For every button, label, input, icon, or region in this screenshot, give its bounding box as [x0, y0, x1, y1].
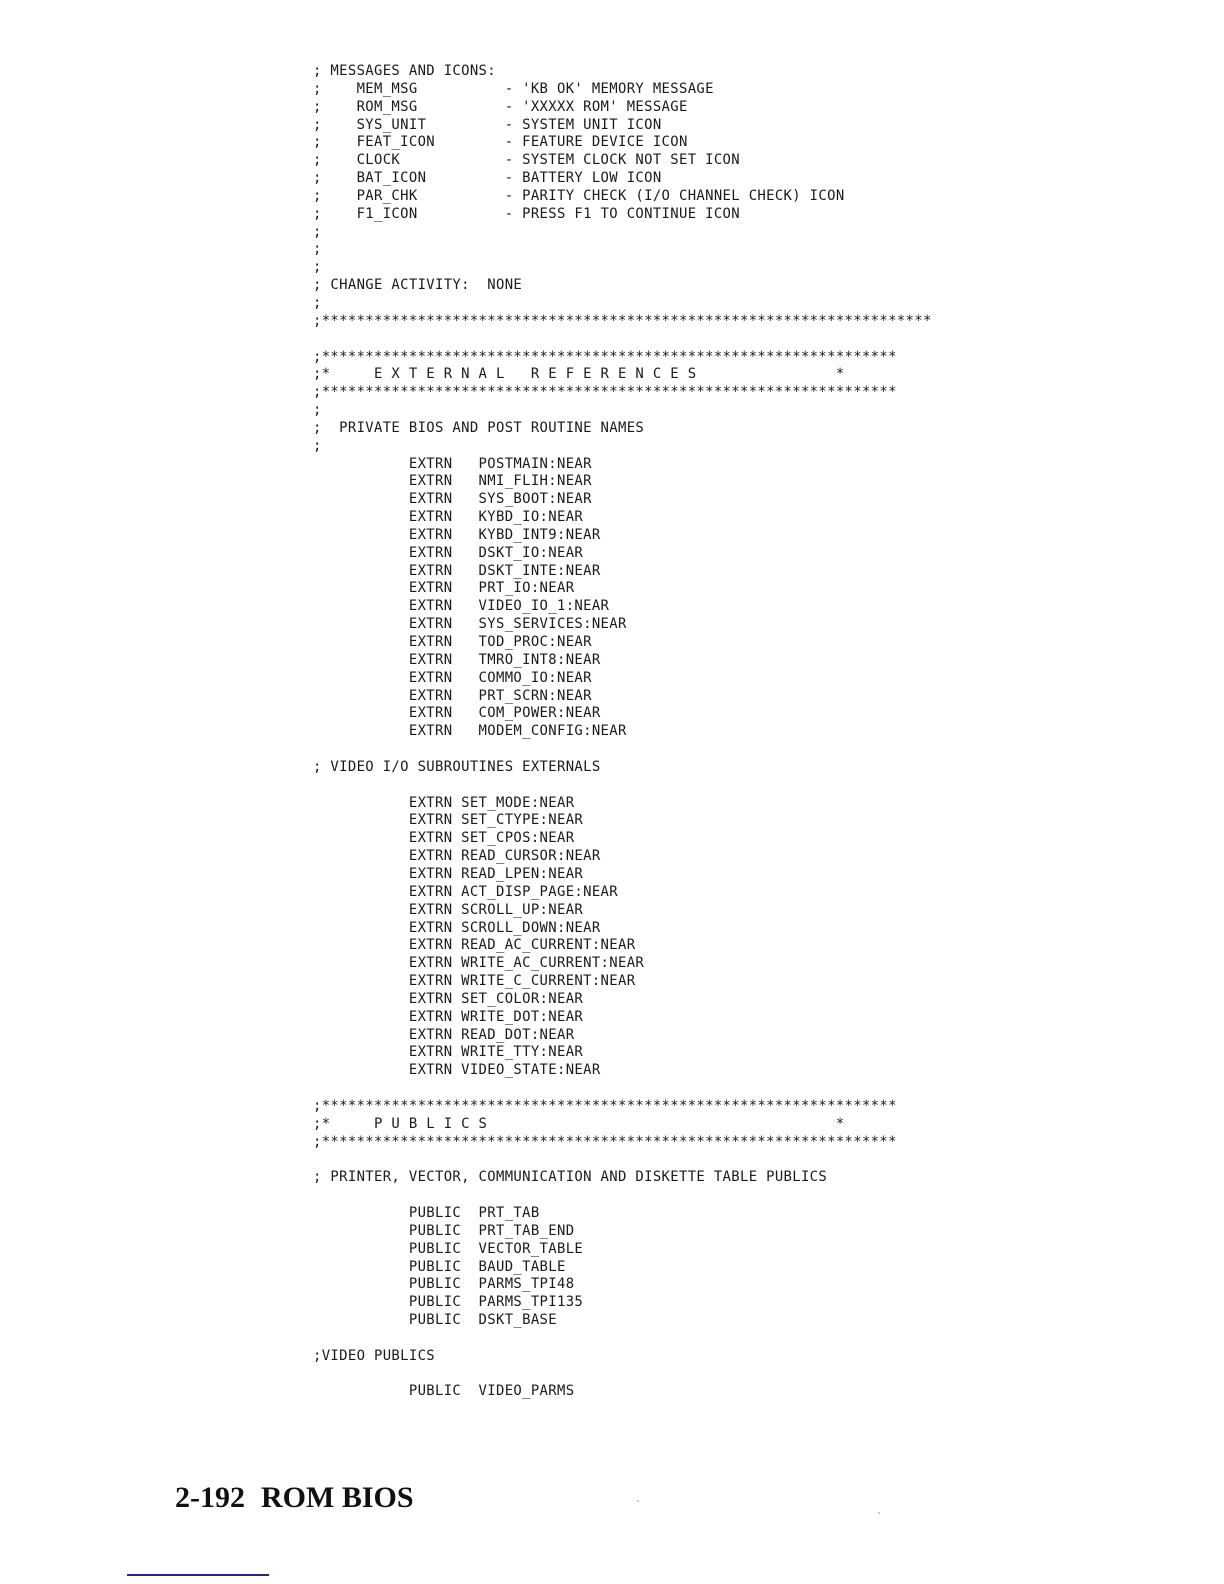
extrn-private-item: EXTRN MODEM_CONFIG:NEAR	[313, 723, 932, 741]
extrn-private-item: EXTRN PRT_SCRN:NEAR	[313, 688, 932, 706]
blank-line	[313, 1366, 932, 1384]
extrn-private-item: EXTRN NMI_FLIH:NEAR	[313, 473, 932, 491]
blank-line	[313, 1187, 932, 1205]
extrn-video-item: EXTRN READ_CURSOR:NEAR	[313, 848, 932, 866]
extrn-private-item: EXTRN DSKT_IO:NEAR	[313, 545, 932, 563]
message-item: ; ROM_MSG - 'XXXXX ROM' MESSAGE	[313, 99, 932, 117]
message-item: ; BAT_ICON - BATTERY LOW ICON	[313, 170, 932, 188]
comment-line: ;	[313, 295, 932, 313]
table-publics-header: ; PRINTER, VECTOR, COMMUNICATION AND DIS…	[313, 1169, 932, 1187]
extrn-private-item: EXTRN TMRO_INT8:NEAR	[313, 652, 932, 670]
scan-speck	[878, 1512, 880, 1514]
extrn-video-item: EXTRN WRITE_C_CURRENT:NEAR	[313, 973, 932, 991]
extrn-private-item: EXTRN VIDEO_IO_1:NEAR	[313, 598, 932, 616]
message-item: ; PAR_CHK - PARITY CHECK (I/O CHANNEL CH…	[313, 188, 932, 206]
extrn-private-item: EXTRN SYS_BOOT:NEAR	[313, 491, 932, 509]
comment-line: ;	[313, 241, 932, 259]
section-title-publics: ;* P U B L I C S *	[313, 1116, 932, 1134]
public-table-item: PUBLIC PARMS_TPI48	[313, 1276, 932, 1294]
page-footer: 2-192ROM BIOS	[175, 1481, 414, 1515]
extrn-private-item: EXTRN POSTMAIN:NEAR	[313, 456, 932, 474]
star-divider: ;***************************************…	[313, 313, 932, 331]
extrn-video-item: EXTRN READ_LPEN:NEAR	[313, 866, 932, 884]
message-item: ; FEAT_ICON - FEATURE DEVICE ICON	[313, 134, 932, 152]
public-table-item: PUBLIC PRT_TAB_END	[313, 1223, 932, 1241]
extrn-video-item: EXTRN SET_COLOR:NEAR	[313, 991, 932, 1009]
box-border-top: ;***************************************…	[313, 349, 932, 367]
extrn-private-item: EXTRN KYBD_IO:NEAR	[313, 509, 932, 527]
video-publics-header: ;VIDEO PUBLICS	[313, 1348, 932, 1366]
extrn-video-item: EXTRN SET_MODE:NEAR	[313, 795, 932, 813]
extrn-private-item: EXTRN DSKT_INTE:NEAR	[313, 563, 932, 581]
box-border-bottom: ;***************************************…	[313, 384, 932, 402]
video-externals-header: ; VIDEO I/O SUBROUTINES EXTERNALS	[313, 759, 932, 777]
extrn-video-item: EXTRN WRITE_TTY:NEAR	[313, 1044, 932, 1062]
public-table-item: PUBLIC PARMS_TPI135	[313, 1294, 932, 1312]
extrn-private-item: EXTRN TOD_PROC:NEAR	[313, 634, 932, 652]
comment-line: ;	[313, 224, 932, 242]
comment-line: ;	[313, 402, 932, 420]
message-item: ; MEM_MSG - 'KB OK' MEMORY MESSAGE	[313, 81, 932, 99]
extrn-video-item: EXTRN SCROLL_DOWN:NEAR	[313, 920, 932, 938]
section-title-external-references: ;* E X T E R N A L R E F E R E N C E S *	[313, 366, 932, 384]
box-border-bottom: ;***************************************…	[313, 1134, 932, 1152]
public-table-item: PUBLIC DSKT_BASE	[313, 1312, 932, 1330]
extrn-private-item: EXTRN COM_POWER:NEAR	[313, 705, 932, 723]
assembly-listing: ; MESSAGES AND ICONS:; MEM_MSG - 'KB OK'…	[313, 63, 932, 1401]
extrn-video-item: EXTRN VIDEO_STATE:NEAR	[313, 1062, 932, 1080]
message-item: ; CLOCK - SYSTEM CLOCK NOT SET ICON	[313, 152, 932, 170]
private-names-header: ; PRIVATE BIOS AND POST ROUTINE NAMES	[313, 420, 932, 438]
message-item: ; F1_ICON - PRESS F1 TO CONTINUE ICON	[313, 206, 932, 224]
page-number: 2-192	[175, 1481, 245, 1514]
public-video-item: PUBLIC VIDEO_PARMS	[313, 1383, 932, 1401]
footer-rule	[127, 1574, 269, 1576]
extrn-video-item: EXTRN READ_AC_CURRENT:NEAR	[313, 937, 932, 955]
extrn-video-item: EXTRN SET_CTYPE:NEAR	[313, 812, 932, 830]
box-border-top: ;***************************************…	[313, 1098, 932, 1116]
change-activity: ; CHANGE ACTIVITY: NONE	[313, 277, 932, 295]
public-table-item: PUBLIC PRT_TAB	[313, 1205, 932, 1223]
extrn-video-item: EXTRN SET_CPOS:NEAR	[313, 830, 932, 848]
extrn-video-item: EXTRN ACT_DISP_PAGE:NEAR	[313, 884, 932, 902]
blank-line	[313, 1330, 932, 1348]
extrn-video-item: EXTRN WRITE_DOT:NEAR	[313, 1009, 932, 1027]
extrn-video-item: EXTRN SCROLL_UP:NEAR	[313, 902, 932, 920]
blank-line	[313, 741, 932, 759]
extrn-private-item: EXTRN SYS_SERVICES:NEAR	[313, 616, 932, 634]
public-table-item: PUBLIC BAUD_TABLE	[313, 1259, 932, 1277]
public-table-item: PUBLIC VECTOR_TABLE	[313, 1241, 932, 1259]
blank-line	[313, 1080, 932, 1098]
extrn-video-item: EXTRN WRITE_AC_CURRENT:NEAR	[313, 955, 932, 973]
blank-line	[313, 777, 932, 795]
section-title: ROM BIOS	[261, 1481, 414, 1514]
blank-line	[313, 1151, 932, 1169]
extrn-private-item: EXTRN KYBD_INT9:NEAR	[313, 527, 932, 545]
comment-line: ;	[313, 259, 932, 277]
extrn-video-item: EXTRN READ_DOT:NEAR	[313, 1027, 932, 1045]
blank-line	[313, 331, 932, 349]
message-item: ; SYS_UNIT - SYSTEM UNIT ICON	[313, 117, 932, 135]
extrn-private-item: EXTRN PRT_IO:NEAR	[313, 580, 932, 598]
extrn-private-item: EXTRN COMMO_IO:NEAR	[313, 670, 932, 688]
messages-header: ; MESSAGES AND ICONS:	[313, 63, 932, 81]
scan-speck	[637, 1500, 639, 1502]
comment-line: ;	[313, 438, 932, 456]
